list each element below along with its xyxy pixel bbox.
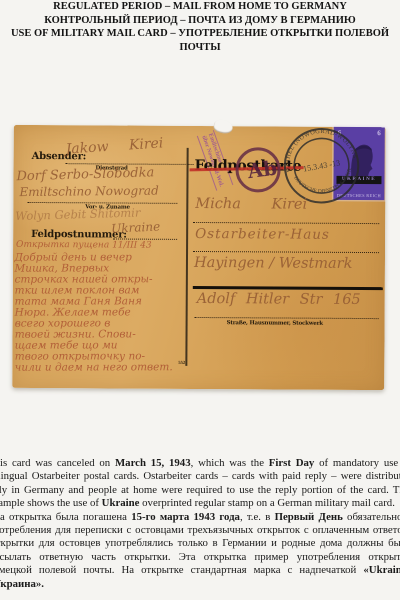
exhibit-title-line-3: USE OF MILITARY MAIL CARD – УПОТРЕБЛЕНИЕ… bbox=[0, 27, 400, 41]
exhibit-title-line-2: КОНТРОЛЬНЫЙ ПЕРИОД – ПОЧТА ИЗ ДОМУ В ГЕР… bbox=[0, 14, 400, 28]
exhibit-title: REGULATED PERIOD – MAIL FROM HOME TO GER… bbox=[0, 0, 400, 54]
addressee-street-handwriting: Adolf Hitler Str 165 bbox=[197, 291, 361, 308]
sender-name-handwriting: Jakow Kirei bbox=[65, 135, 164, 157]
form-number: 552 bbox=[178, 360, 185, 365]
postmark-date-text: 15.3.43 -13 bbox=[302, 158, 340, 173]
message-handwriting: Добрый день и вечерМишка, Впервыхстрочка… bbox=[15, 252, 187, 373]
message-date-handwriting: Открытка пущена 11/III 43 bbox=[16, 240, 152, 251]
caption-text: This card was canceled on March 15, 1943… bbox=[0, 457, 400, 591]
postmark-service-text: DEUTSCHE DIENSTPOST UKR. bbox=[292, 166, 357, 200]
addressee-town-handwriting: Hayingen / Westmark bbox=[194, 255, 353, 272]
exhibit-title-line-1: REGULATED PERIOD – MAIL FROM HOME TO GER… bbox=[0, 0, 400, 14]
censor-ab-text: Ab bbox=[246, 156, 278, 184]
address-line-1 bbox=[193, 222, 379, 224]
exhibit-title-line-4: ПОЧТЫ bbox=[0, 41, 400, 55]
addressee-name-handwriting: Micha Kirei bbox=[195, 196, 307, 213]
address-line-4 bbox=[195, 317, 379, 319]
svg-text:DEUTSCHE DIENSTPOST UKR.: DEUTSCHE DIENSTPOST UKR. bbox=[292, 166, 357, 200]
address-line-3 bbox=[193, 286, 383, 290]
feldpost-card-scan: Absender: Jakow Kirei Dienstgrad Dorf Se… bbox=[12, 125, 386, 390]
feldpostnummer-value-handwriting: Ukraine bbox=[111, 219, 161, 235]
street-caption-label: Straße, Hausnummer, Stockwerk bbox=[227, 320, 323, 327]
censor-ab-mark: Ab bbox=[235, 147, 280, 192]
stamp-denomination-right: 6 bbox=[377, 129, 381, 137]
sender-village-handwriting: Dorf Serbo-Slobodka bbox=[16, 165, 154, 184]
sender-name-line bbox=[66, 163, 194, 165]
addressee-house-handwriting: Ostarbeiter-Haus bbox=[195, 226, 330, 243]
sender-district-handwriting: Emiltschino Nowograd bbox=[19, 184, 158, 200]
caption-english: This card was canceled on March 15, 1943… bbox=[0, 457, 400, 511]
address-line-2 bbox=[193, 251, 379, 253]
paper-chip-notch bbox=[213, 118, 234, 135]
caption-russian: Эта открытка была погашена 15-го марта 1… bbox=[0, 511, 400, 591]
